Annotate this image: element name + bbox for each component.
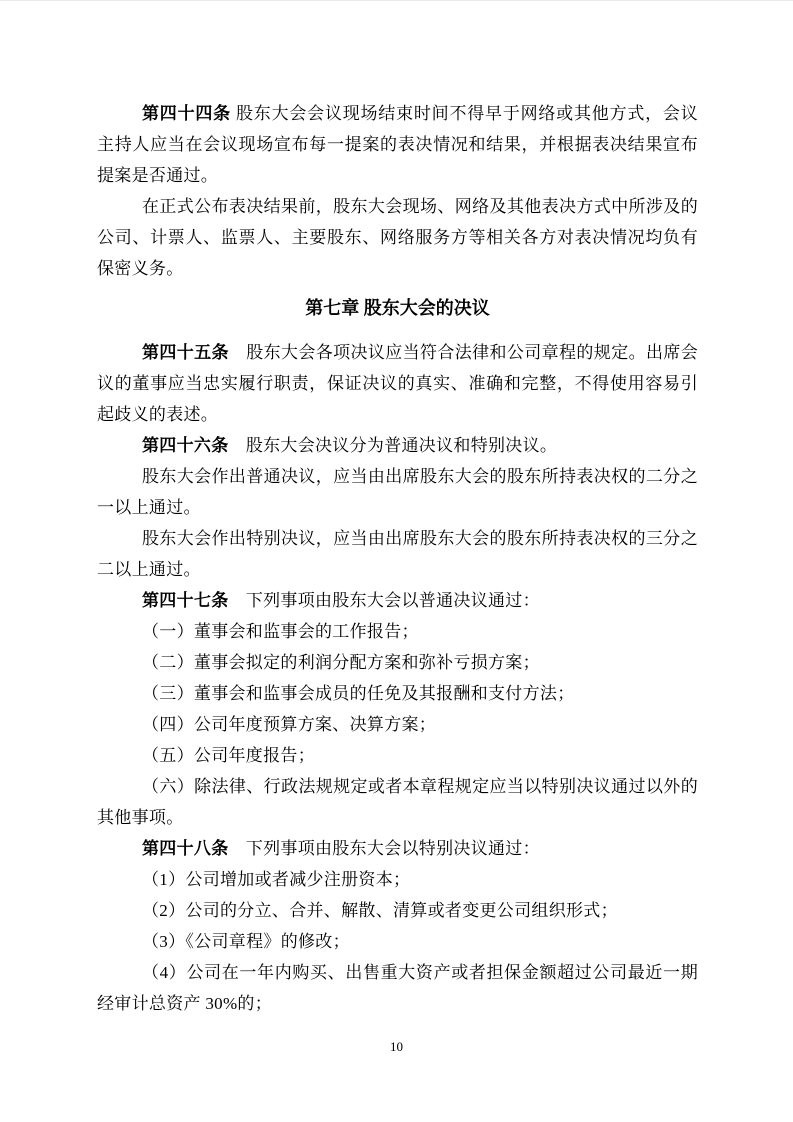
article-number-label: 第四十七条 bbox=[142, 591, 229, 610]
body-paragraph: （3）《公司章程》的修改； bbox=[97, 926, 698, 957]
article-paragraph: 第四十七条 下列事项由股东大会以普通决议通过： bbox=[97, 585, 698, 616]
article-number-label: 第四十八条 bbox=[142, 839, 229, 858]
body-paragraph: （四）公司年度预算方案、决算方案； bbox=[97, 709, 698, 740]
body-paragraph: （1）公司增加或者减少注册资本； bbox=[97, 864, 698, 895]
body-paragraph: （三）董事会和监事会成员的任免及其报酬和支付方法； bbox=[97, 678, 698, 709]
article-paragraph: 第四十五条 股东大会各项决议应当符合法律和公司章程的规定。出席会议的董事应当忠实… bbox=[97, 337, 698, 430]
body-paragraph: （一）董事会和监事会的工作报告； bbox=[97, 616, 698, 647]
page-body: 第四十四条 股东大会会议现场结束时间不得早于网络或其他方式，会议主持人应当在会议… bbox=[97, 98, 698, 1019]
article-number-label: 第四十四条 bbox=[142, 104, 231, 123]
article-text: 下列事项由股东大会以普通决议通过： bbox=[246, 591, 540, 610]
article-number-label: 第四十五条 bbox=[142, 343, 229, 362]
body-paragraph: （六）除法律、行政法规规定或者本章程规定应当以特别决议通过以外的其他事项。 bbox=[97, 771, 698, 833]
body-paragraph: （二）董事会拟定的利润分配方案和弥补亏损方案； bbox=[97, 647, 698, 678]
article-number-label: 第四十六条 bbox=[142, 436, 229, 455]
body-paragraph: 股东大会作出特别决议，应当由出席股东大会的股东所持表决权的三分之二以上通过。 bbox=[97, 523, 698, 585]
article-text: 下列事项由股东大会以特别决议通过： bbox=[246, 839, 540, 858]
article-paragraph: 第四十六条 股东大会决议分为普通决议和特别决议。 bbox=[97, 430, 698, 461]
body-paragraph: 股东大会作出普通决议，应当由出席股东大会的股东所持表决权的二分之一以上通过。 bbox=[97, 461, 698, 523]
article-paragraph: 第四十四条 股东大会会议现场结束时间不得早于网络或其他方式，会议主持人应当在会议… bbox=[97, 98, 698, 191]
body-paragraph: （五）公司年度报告； bbox=[97, 740, 698, 771]
body-paragraph: （2）公司的分立、合并、解散、清算或者变更公司组织形式； bbox=[97, 895, 698, 926]
document-page: 第四十四条 股东大会会议现场结束时间不得早于网络或其他方式，会议主持人应当在会议… bbox=[0, 0, 793, 1122]
body-paragraph: 在正式公布表决结果前，股东大会现场、网络及其他表决方式中所涉及的公司、计票人、监… bbox=[97, 191, 698, 284]
article-paragraph: 第四十八条 下列事项由股东大会以特别决议通过： bbox=[97, 833, 698, 864]
page-number: 10 bbox=[0, 1039, 793, 1055]
body-paragraph: （4）公司在一年内购买、出售重大资产或者担保金额超过公司最近一期经审计总资产 3… bbox=[97, 957, 698, 1019]
chapter-heading: 第七章 股东大会的决议 bbox=[97, 293, 698, 324]
article-text: 股东大会决议分为普通决议和特别决议。 bbox=[246, 436, 557, 455]
